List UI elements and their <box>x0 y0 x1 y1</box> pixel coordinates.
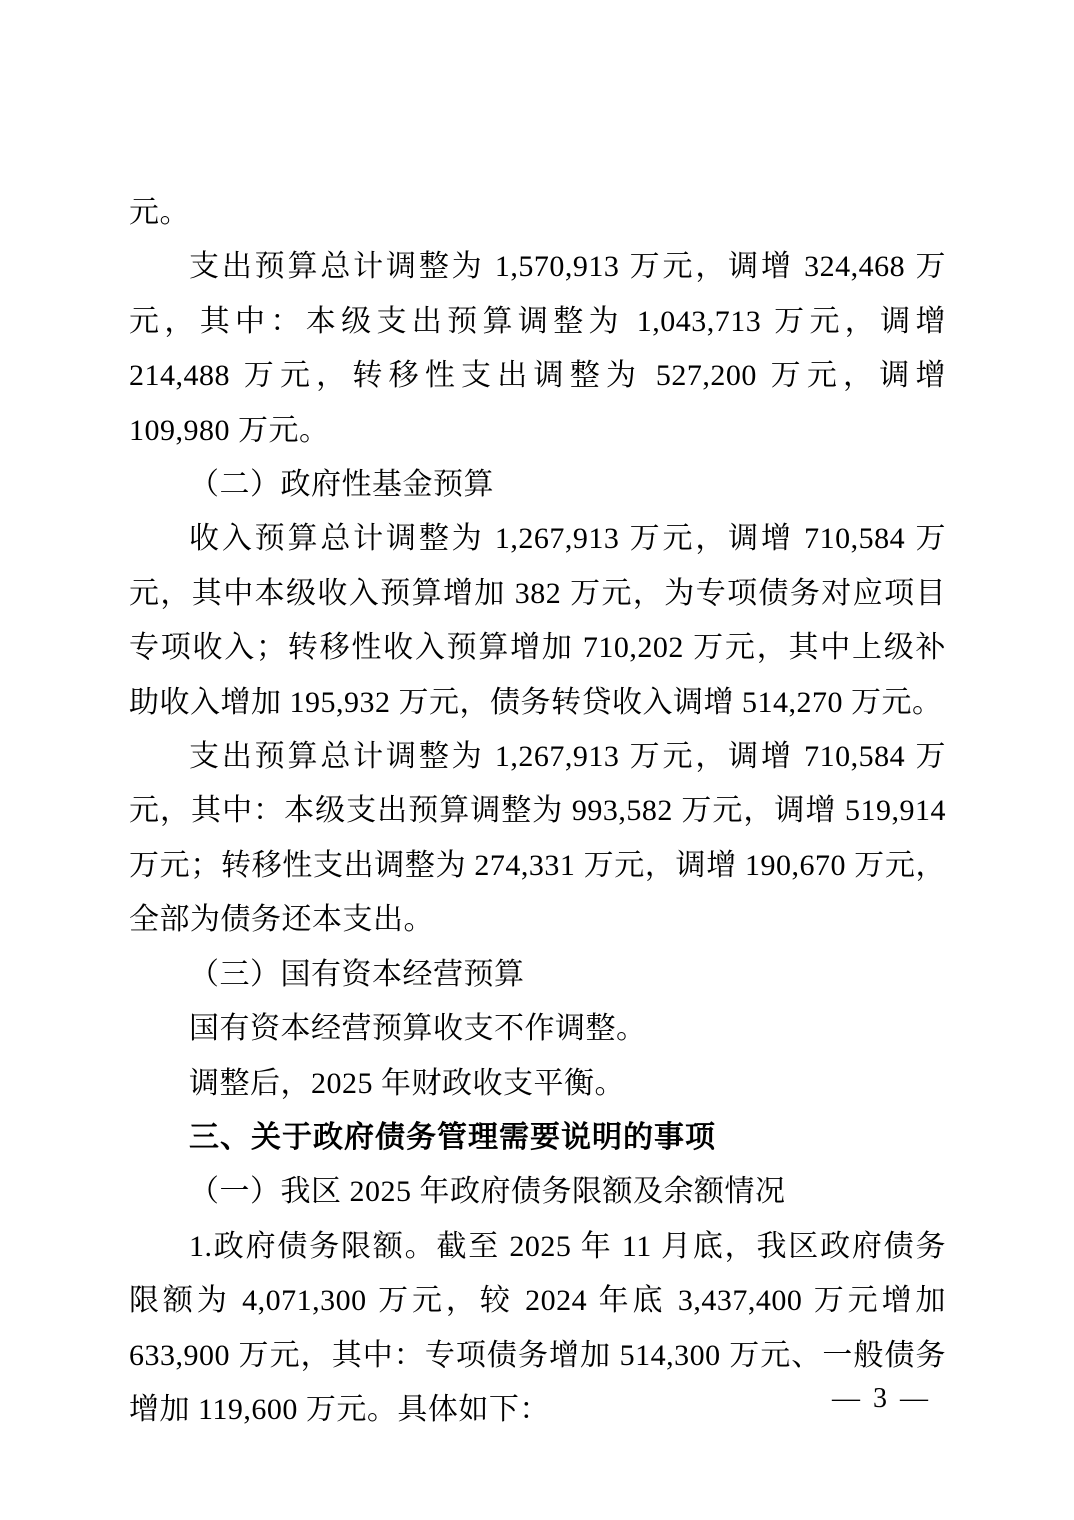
heading-state-capital-budget: （三）国有资本经营预算 <box>129 948 946 1002</box>
paragraph-debt-limit-detail: 1.政府债务限额。截至 2025 年 11 月底，我区政府债务限额为 4,071… <box>129 1220 946 1438</box>
paragraph-continuation: 元。 <box>129 186 946 240</box>
paragraph-funds-expenditure: 支出预算总计调整为 1,267,913 万元，调增 710,584 万元，其中：… <box>129 730 946 948</box>
document-page: 元。 支出预算总计调整为 1,570,913 万元，调增 324,468 万元，… <box>0 0 1074 1520</box>
paragraph-state-capital-no-adjustment: 国有资本经营预算收支不作调整。 <box>129 1002 946 1056</box>
heading-section-three-debt-management: 三、关于政府债务管理需要说明的事项 <box>129 1111 946 1165</box>
paragraph-funds-revenue: 收入预算总计调整为 1,267,913 万元，调增 710,584 万元，其中本… <box>129 512 946 730</box>
paragraph-balance-statement: 调整后，2025 年财政收支平衡。 <box>129 1057 946 1111</box>
heading-government-funds-budget: （二）政府性基金预算 <box>129 458 946 512</box>
paragraph-general-budget-expenditure: 支出预算总计调整为 1,570,913 万元，调增 324,468 万元，其中：… <box>129 240 946 458</box>
page-number: — 3 — <box>832 1382 931 1416</box>
document-body: 元。 支出预算总计调整为 1,570,913 万元，调增 324,468 万元，… <box>129 186 946 1437</box>
heading-debt-limit-and-balance: （一）我区 2025 年政府债务限额及余额情况 <box>129 1165 946 1219</box>
